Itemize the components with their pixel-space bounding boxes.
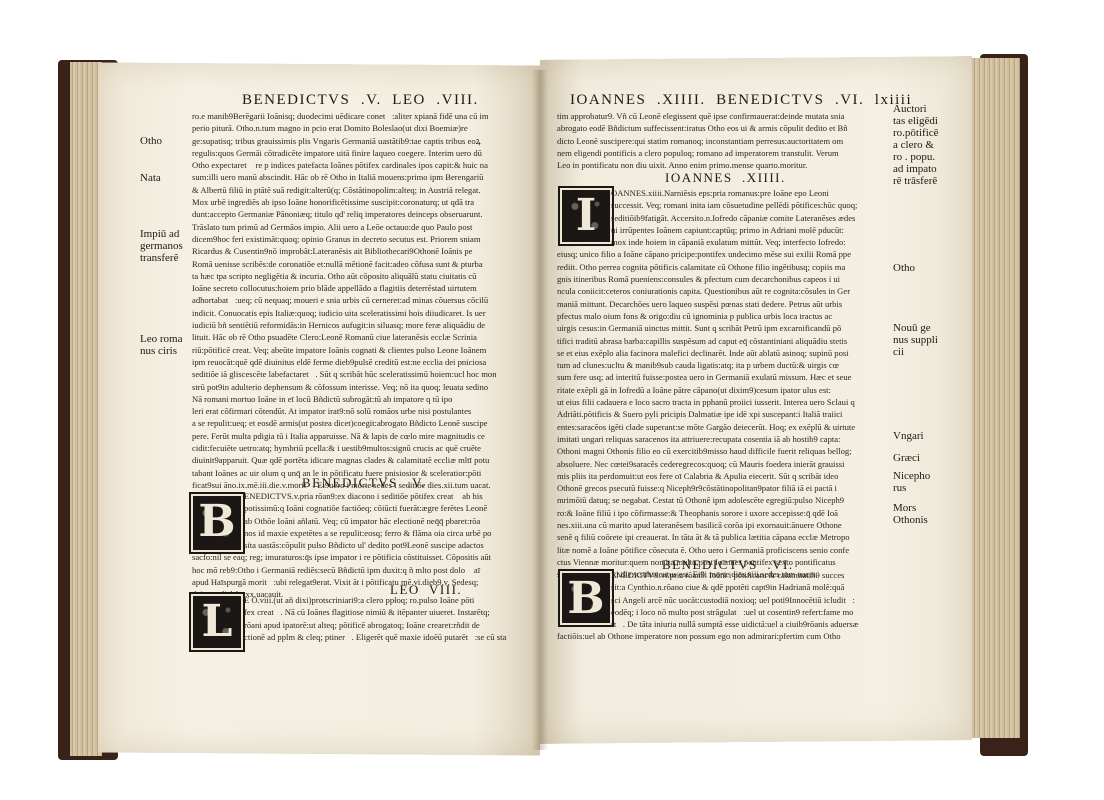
- text-line: adhortabatᷣ:ueq; cū nequaq; moueri e sni…: [192, 294, 532, 306]
- margin-note: Nicepho rus: [893, 470, 973, 494]
- text-line: ui irrūpentes Ioānem capiunt:captūq; pri…: [557, 224, 887, 236]
- text-line: diuinit9apparuit. Quæ qdē portēta idicar…: [192, 454, 532, 466]
- text-line: ritate exēpli gā in Iofredū a Ioāne pātr…: [557, 384, 887, 396]
- left-body-text: ro.e manib9Berēgarii Ioānisq; duodecimi …: [192, 110, 532, 491]
- text-line: se et eius exēplo alia facinora malefici…: [557, 347, 887, 359]
- text-line: lituit. Hāc ob rē Otho psuadēte Clero:Le…: [192, 331, 532, 343]
- text-line: seditiōe iā gliscescēte labefactaretᷣ. S…: [192, 368, 532, 380]
- text-line: apud Haīspurgā moritᷣ:ubi relegat9erat. …: [192, 576, 532, 588]
- text-line: Romā uenisse scribēs:de coronatiōe et:nu…: [192, 258, 532, 270]
- text-line: rediit. Otho perrea cognita pōtificis ca…: [557, 261, 887, 273]
- text-line: tum ad clunes:ucltu & manib9sub cauda li…: [557, 359, 887, 371]
- text-line: ab Othōe Ioāni añlatū. Veq; cū impator h…: [192, 515, 532, 527]
- text-line: leri erat cōfirmari cōtendūt. At impator…: [192, 405, 532, 417]
- text-line: Othoni magni Othonis filio eo cū exercit…: [557, 445, 887, 457]
- text-line: gnis itineribus Romā pueniens:consules &…: [557, 273, 887, 285]
- benedictus-v-text: ENEDICTVS.v.pria rōan9:ex diacono i sedi…: [192, 490, 532, 601]
- section-title-ioannes-xiiii: IOANNES .XIIII.: [665, 170, 786, 186]
- right-top-text: tim approbatur9. Vñ cū Leonē elegissent …: [557, 110, 887, 171]
- text-line: pere. Ferūt multa pdigia tū i Italia app…: [192, 430, 532, 442]
- text-line: uirgis cesus:in Germaniā uinctus mittit.…: [557, 322, 887, 334]
- text-line: a se repulit:ueq; et eosdē armis(ut post…: [192, 417, 532, 429]
- text-line: ro:& Ioāne filiū i ipo cōfirmasse:& Theo…: [557, 507, 887, 519]
- text-line: ta hæc tpa scripto negligētia & incuria.…: [192, 270, 532, 282]
- text-line: sum fere usq; ad interitū fuisse:postea …: [557, 371, 887, 383]
- text-line: seditiōib9fatigāt. Accersito.n.Iofredo c…: [557, 212, 887, 224]
- text-line: absoluere. Nec cœtei9saracēs cederegreco…: [557, 458, 887, 470]
- text-line: ncula coniicit:ceteros coniurationis cap…: [557, 285, 887, 297]
- text-line: strū pot9in adulterio dephensum & cōfoss…: [192, 381, 532, 393]
- text-line: eodēq; i loco nō multo post strāgulatᷣ:u…: [557, 606, 887, 618]
- text-line: senē q filiū coōrete ipi creauerat. In t…: [557, 531, 887, 543]
- text-line: ge:supatisq; tribus grauissimis plis Vng…: [192, 135, 532, 147]
- text-line: rōani apud ipatorē:ut alteq; pōtificē ab…: [192, 619, 532, 631]
- text-line: Otho expectaretᷣ re p indices patefacta …: [192, 159, 532, 171]
- text-line: sacfo:nil se eaq; reg; imuraturos:q̄s ip…: [192, 551, 532, 563]
- text-line: sum:illi uero manū abscindit. Hāc ob rē …: [192, 171, 532, 183]
- text-line: ENEDICTVS.v.pria rōan9:ex diacono i sedi…: [192, 490, 532, 502]
- text-line: eiusq; unico filio a Ioāne cāpano pricip…: [557, 248, 887, 260]
- book-gutter: [532, 70, 548, 750]
- margin-note: Nouū ge nus suppli cii: [893, 322, 973, 358]
- text-line: sita uastās:cōpulit pulso Bñdicto ul' de…: [192, 539, 532, 551]
- margin-note: Mors Othonis: [893, 502, 973, 526]
- text-line: sit:a Cynthio.n.rōano ciue & qdē ppotēti…: [557, 581, 887, 593]
- text-line: nos id maxie expetētes a se repulit:eosq…: [192, 527, 532, 539]
- text-line: mis pliis ita perdomuit:ut eos fere oī C…: [557, 470, 887, 482]
- section-title-benedictus-v: BENEDICTVS .V.: [302, 475, 426, 491]
- text-line: factiōis:uel ab Othone imperatore non po…: [557, 630, 887, 642]
- text-line: litæ nomē a Ioāne pōtifice cōsecuta ē. O…: [557, 544, 887, 556]
- text-line: Ricardus & Cusentin9nō improbāt:Lateranē…: [192, 245, 532, 257]
- text-line: E O.viii.(ut añ dixi)protscriniari9:a cl…: [192, 594, 532, 606]
- text-line: dicem9hoc feri existimāt:quoq; opinio Gr…: [192, 233, 532, 245]
- text-line: dicto Leonē suscipere:qui statim romanoq…: [557, 135, 887, 147]
- text-line: indicit. Conuocatis epis Italiæ:quoq; iu…: [192, 307, 532, 319]
- text-line: ipm reuocāt:quē qdē diuinitus eldē ferme…: [192, 356, 532, 368]
- leo-viii-text: E O.viii.(ut añ dixi)protscriniari9:a cl…: [192, 594, 532, 643]
- text-line: maniā mittunt. Decarchōes uero laqueo su…: [557, 298, 887, 310]
- text-line: abrogato eodē Bñdictum suffecissent:irat…: [557, 122, 887, 134]
- text-line: nem eligendi pontificis a clero populoq;…: [557, 147, 887, 159]
- page-edges-right: [972, 58, 1020, 738]
- text-line: mrimōiū datuq; se negabat. Cestat tū Oth…: [557, 494, 887, 506]
- text-line: mox inde hoiem in cāpaniā exulatum mittū…: [557, 236, 887, 248]
- text-line: ctionē ad pplm & cleq; ptinerᷣ. Eligerēt…: [192, 631, 532, 643]
- benedictus-vi-text: ENEDICTVS.vi.pria rōan9. Ioāni i pōtific…: [557, 569, 887, 643]
- open-book-photo: BENEDICTVS .V. LEO .VIII. IOANNES .XIIII…: [0, 0, 1104, 800]
- text-line: Trāslato tum primū ad Germāos impio. Ali…: [192, 221, 532, 233]
- text-line: iudiciū bñ sentiētiū reformidās:in Herni…: [192, 319, 532, 331]
- text-line: cidit:fecuiēte uetro:atq; hymbriū pcella…: [192, 442, 532, 454]
- right-running-head: IOANNES .XIIII. BENEDICTVS .VI. lxiiii: [570, 92, 912, 109]
- text-line: regulis:quos Germāi cōtradicēte impatore…: [192, 147, 532, 159]
- text-line: ut eius filii cadauera e loco sacro trac…: [557, 396, 887, 408]
- ioannes-xiiii-text: OANNES.xiiii.Narniēsis eps:pria romanus:…: [557, 187, 887, 581]
- margin-note: Vngari: [893, 430, 973, 442]
- text-line: pfectus malo oium fons & origo:diu cū ig…: [557, 310, 887, 322]
- text-line: tim approbatur9. Vñ cū Leonē elegissent …: [557, 110, 887, 122]
- margin-note: Græci: [893, 452, 973, 464]
- text-line: Adriāti.pōtificis & Suero pyli pricipis …: [557, 408, 887, 420]
- text-line: fex creatᷣ. Nā cū Ioānes flagitiose nimi…: [192, 606, 532, 618]
- text-line: OANNES.xiiii.Narniēsis eps:pria romanus:…: [557, 187, 887, 199]
- text-line: successit. Veq; romani inita iam cōsuetu…: [557, 199, 887, 211]
- text-line: hoc mō reb9:Otho i Germaniā rediēs:secū …: [192, 564, 532, 576]
- text-line: imitati ungari reliquas saracenos ita at…: [557, 433, 887, 445]
- text-line: Nā romani mortuo Ioāne in eī locū Bñdict…: [192, 393, 532, 405]
- text-line: Mox urbē ingrediēs ab ipso Ioāne honorif…: [192, 196, 532, 208]
- text-line: sci Angeli arcē nūc uocāt:custodiā noxio…: [557, 594, 887, 606]
- text-line: Othonē grecos psecutū fuisse:q Niceph9r9…: [557, 482, 887, 494]
- text-line: Ioāne secreto collocutus:hoiem prio blād…: [192, 282, 532, 294]
- text-line: ENEDICTVS.vi.pria rōan9. Ioāni i pōtific…: [557, 569, 887, 581]
- margin-note: Otho: [893, 262, 973, 274]
- text-line: potissimū:q Ioāni cognatiōe factiōeq; cō…: [192, 502, 532, 514]
- text-line: entes:saracēos igēti clade superant:se m…: [557, 421, 887, 433]
- text-line: nes.xiii.una cū marito apud lateranēsem …: [557, 519, 887, 531]
- margin-note: Auctori tas eligēdi ro.pōtificē a clero …: [893, 103, 973, 187]
- text-line: & Albertū filiū in ptātē suā redigit:alt…: [192, 184, 532, 196]
- text-line: tifici traditū abrasa barba:capillis sus…: [557, 335, 887, 347]
- text-line: dunt:accepto Germaniæ Pānoniæq; titulo q…: [192, 208, 532, 220]
- left-running-head: BENEDICTVS .V. LEO .VIII.: [242, 92, 479, 109]
- text-line: riū:pōtificē creat. Veq; abeūte impatore…: [192, 344, 532, 356]
- text-line: perio piturā. Otho.n.tum magno in pcio e…: [192, 122, 532, 134]
- text-line: ro.e manib9Berēgarii Ioānisq; duodecimi …: [192, 110, 532, 122]
- text-line: rtᷣ. De tāta iniuria nullā sumptā esse u…: [557, 618, 887, 630]
